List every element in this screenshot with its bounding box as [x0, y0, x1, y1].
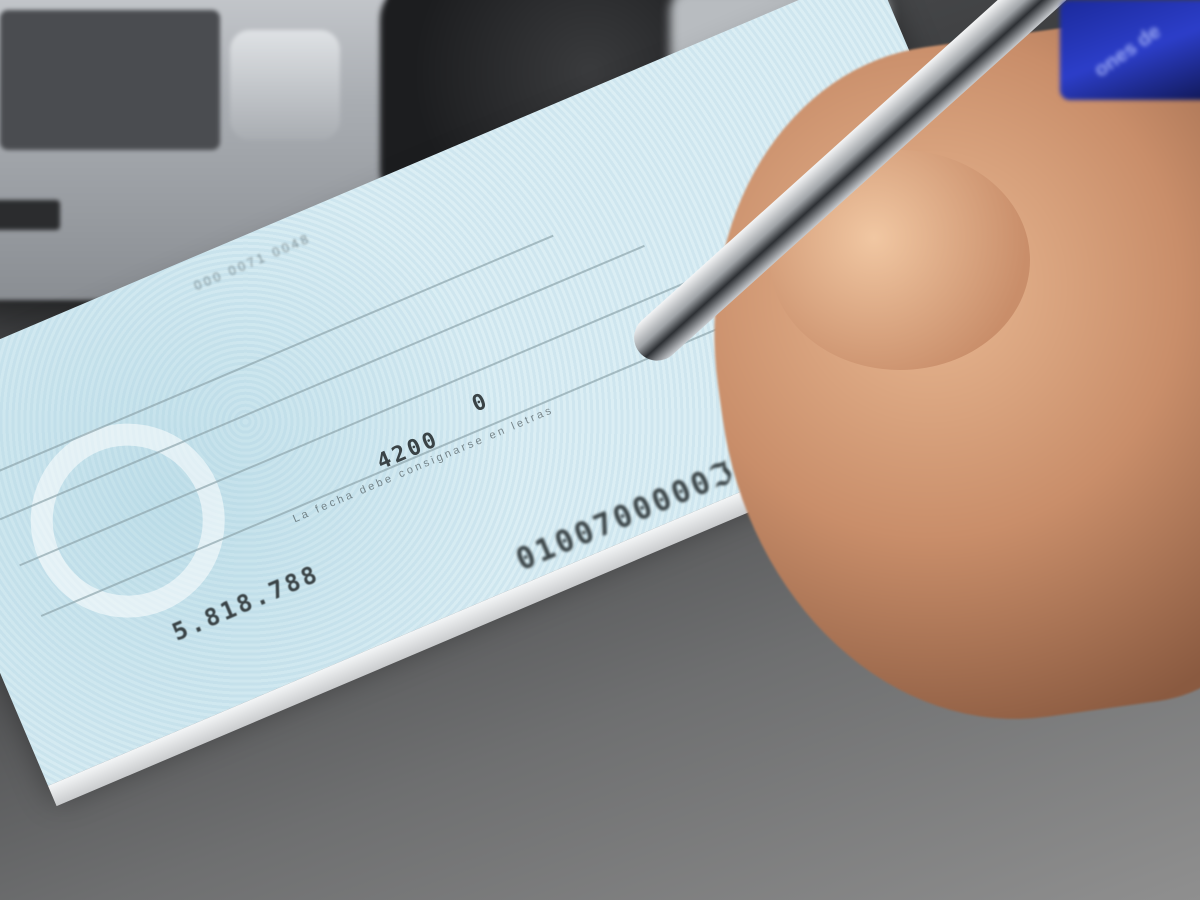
pen-blue-barrel: ones de — [1060, 0, 1200, 100]
camera-screen — [0, 10, 220, 150]
check-amount-suffix: 0 — [469, 388, 494, 417]
photo-scene: Close-up photo of a hand holding a silve… — [0, 0, 1200, 900]
pen-label: ones de — [1090, 20, 1165, 82]
check-fine-print: La fecha debe consignarse en letras — [291, 404, 556, 525]
camera-slot — [0, 200, 60, 230]
camera-button-pad — [230, 30, 340, 140]
